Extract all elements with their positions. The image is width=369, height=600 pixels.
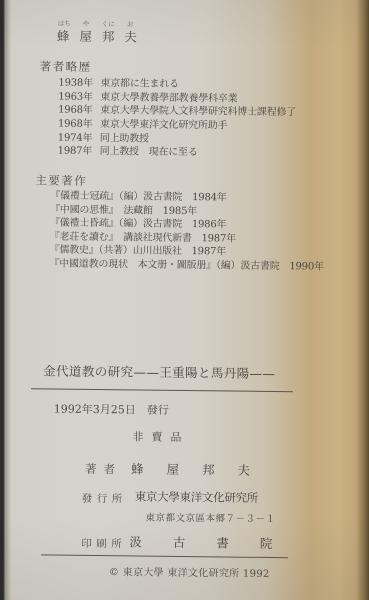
publisher-label: 發行所 xyxy=(82,491,127,507)
copyright-notice: © 東京大學 東洋文化研究所 1992 xyxy=(109,563,270,580)
publisher-address: 東京都文京區本郷７－３－１ xyxy=(145,510,275,525)
printer-value: 汲古書院 xyxy=(129,532,303,552)
work-item: 『中國道教の現状 本文册・圖版册』（編）汲古書院 1990年 xyxy=(49,254,324,271)
author-value: 蜂屋邦夫 xyxy=(131,459,273,479)
bio-heading: 著者略歴 xyxy=(40,58,92,75)
bio-entry-year: 1987年 xyxy=(58,142,91,157)
not-for-sale-label: 非賣品 xyxy=(132,428,189,445)
author-name: 蜂屋邦夫 xyxy=(57,27,147,46)
bottom-divider-line xyxy=(41,554,288,558)
author-label: 著者 xyxy=(85,461,122,477)
bio-list: 1938年 東京都に生まれる 1963年 東京大學教養學部教養學科卒業 1968… xyxy=(58,74,297,159)
title-divider-line xyxy=(31,388,293,392)
bio-entry: 1987年 同上教授 現在に至る xyxy=(58,142,296,158)
publisher-value: 東京大學東洋文化研究所 xyxy=(135,488,258,505)
publish-date: 1992年3月25日 發行 xyxy=(54,401,169,418)
printer-label: 印刷所 xyxy=(81,536,126,552)
book-title: 金代道教の研究——王重陽と馬丹陽—— xyxy=(43,361,275,382)
book-colophon-page: はち や くに お 蜂屋邦夫 著者略歴 1938年 東京都に生まれる 1963年… xyxy=(0,0,369,600)
bio-entry-text: 同上教授 現在に至る xyxy=(100,142,198,158)
works-list: 『儀禮士冠疏』（編）汲古書院 1984年 『中國の思惟』 法藏館 1985年 『… xyxy=(49,186,324,271)
page-content: はち や くに お 蜂屋邦夫 著者略歴 1938年 東京都に生まれる 1963年… xyxy=(0,0,369,600)
